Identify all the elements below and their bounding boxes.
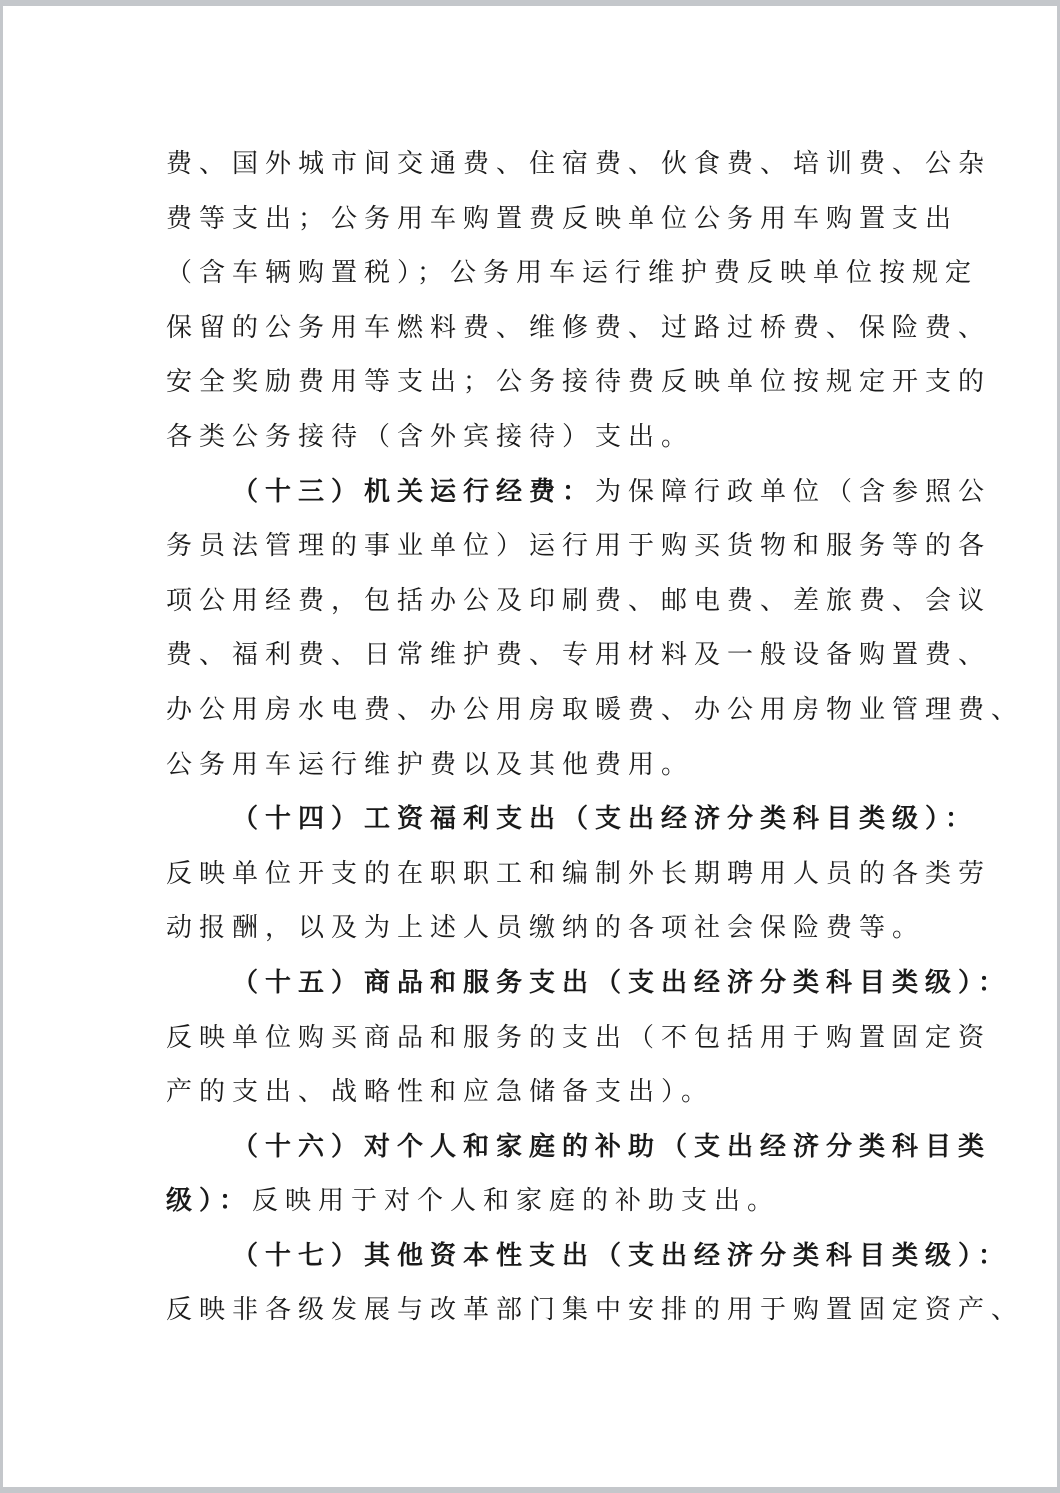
text-line: 公务用车运行维护费以及其他费用。: [166, 738, 926, 793]
body-text: （含车辆购置税）；公务用车运行维护费反映单位按规定: [166, 258, 978, 288]
body-text: 费等支出；公务用车购置费反映单位公务用车购置支出: [166, 204, 958, 234]
text-line: 费、福利费、日常维护费、专用材料及一般设备购置费、: [166, 628, 926, 683]
text-line: 动报酬，以及为上述人员缴纳的各项社会保险费等。: [166, 901, 926, 956]
text-line: 费等支出；公务用车购置费反映单位公务用车购置支出: [166, 192, 926, 247]
body-text: 动报酬，以及为上述人员缴纳的各项社会保险费等。: [166, 913, 925, 943]
text-line: （十七）其他资本性支出（支出经济分类科目类级）：: [166, 1229, 926, 1284]
body-text: 务员法管理的事业单位）运行用于购买货物和服务等的各: [166, 531, 991, 561]
body-text: 安全奖励费用等支出；公务接待费反映单位按规定开支的: [166, 367, 991, 397]
body-text: 产的支出、战略性和应急储备支出）。: [166, 1077, 714, 1107]
body-text: 公务用车运行维护费以及其他费用。: [166, 750, 694, 780]
text-line: （含车辆购置税）；公务用车运行维护费反映单位按规定: [166, 246, 926, 301]
text-line: 反映单位购买商品和服务的支出（不包括用于购置固定资: [166, 1011, 926, 1066]
document-body: 费、国外城市间交通费、住宿费、伙食费、培训费、公杂费等支出；公务用车购置费反映单…: [166, 137, 926, 1338]
body-text: 各类公务接待（含外宾接待）支出。: [166, 422, 694, 452]
section-heading: （十六）对个人和家庭的补助（支出经济分类科目类: [232, 1132, 991, 1162]
text-line: 反映非各级发展与改革部门集中安排的用于购置固定资产、: [166, 1283, 926, 1338]
section-heading: （十五）商品和服务支出（支出经济分类科目类级）：: [232, 968, 1011, 998]
body-text: 反映用于对个人和家庭的补助支出。: [252, 1186, 780, 1216]
text-line: 产的支出、战略性和应急储备支出）。: [166, 1065, 926, 1120]
body-text: 反映单位开支的在职职工和编制外长期聘用人员的各类劳: [166, 859, 991, 889]
text-line: 安全奖励费用等支出；公务接待费反映单位按规定开支的: [166, 355, 926, 410]
text-line: 各类公务接待（含外宾接待）支出。: [166, 410, 926, 465]
body-text: 反映单位购买商品和服务的支出（不包括用于购置固定资: [166, 1023, 991, 1053]
section-heading: 级）：: [166, 1186, 252, 1216]
text-line: （十三）机关运行经费：为保障行政单位（含参照公: [166, 465, 926, 520]
text-line: （十四）工资福利支出（支出经济分类科目类级）：: [166, 792, 926, 847]
section-heading: （十四）工资福利支出（支出经济分类科目类级）：: [232, 804, 978, 834]
section-heading: （十三）机关运行经费：: [232, 477, 595, 507]
text-line: 费、国外城市间交通费、住宿费、伙食费、培训费、公杂: [166, 137, 926, 192]
text-line: （十五）商品和服务支出（支出经济分类科目类级）：: [166, 956, 926, 1011]
text-line: 级）：反映用于对个人和家庭的补助支出。: [166, 1174, 926, 1229]
text-line: 项公用经费，包括办公及印刷费、邮电费、差旅费、会议: [166, 574, 926, 629]
body-text: 保留的公务用车燃料费、维修费、过路过桥费、保险费、: [166, 313, 991, 343]
body-text: 办公用房水电费、办公用房取暖费、办公用房物业管理费、: [166, 695, 1024, 725]
body-text: 费、福利费、日常维护费、专用材料及一般设备购置费、: [166, 640, 991, 670]
text-line: 办公用房水电费、办公用房取暖费、办公用房物业管理费、: [166, 683, 926, 738]
text-line: 反映单位开支的在职职工和编制外长期聘用人员的各类劳: [166, 847, 926, 902]
document-page: 费、国外城市间交通费、住宿费、伙食费、培训费、公杂费等支出；公务用车购置费反映单…: [3, 6, 1057, 1487]
body-text: 项公用经费，包括办公及印刷费、邮电费、差旅费、会议: [166, 586, 991, 616]
text-line: （十六）对个人和家庭的补助（支出经济分类科目类: [166, 1120, 926, 1175]
text-line: 保留的公务用车燃料费、维修费、过路过桥费、保险费、: [166, 301, 926, 356]
text-line: 务员法管理的事业单位）运行用于购买货物和服务等的各: [166, 519, 926, 574]
body-text: 费、国外城市间交通费、住宿费、伙食费、培训费、公杂: [166, 149, 991, 179]
body-text: 反映非各级发展与改革部门集中安排的用于购置固定资产、: [166, 1295, 1024, 1325]
section-heading: （十七）其他资本性支出（支出经济分类科目类级）：: [232, 1241, 1011, 1271]
body-text: 为保障行政单位（含参照公: [595, 477, 991, 507]
